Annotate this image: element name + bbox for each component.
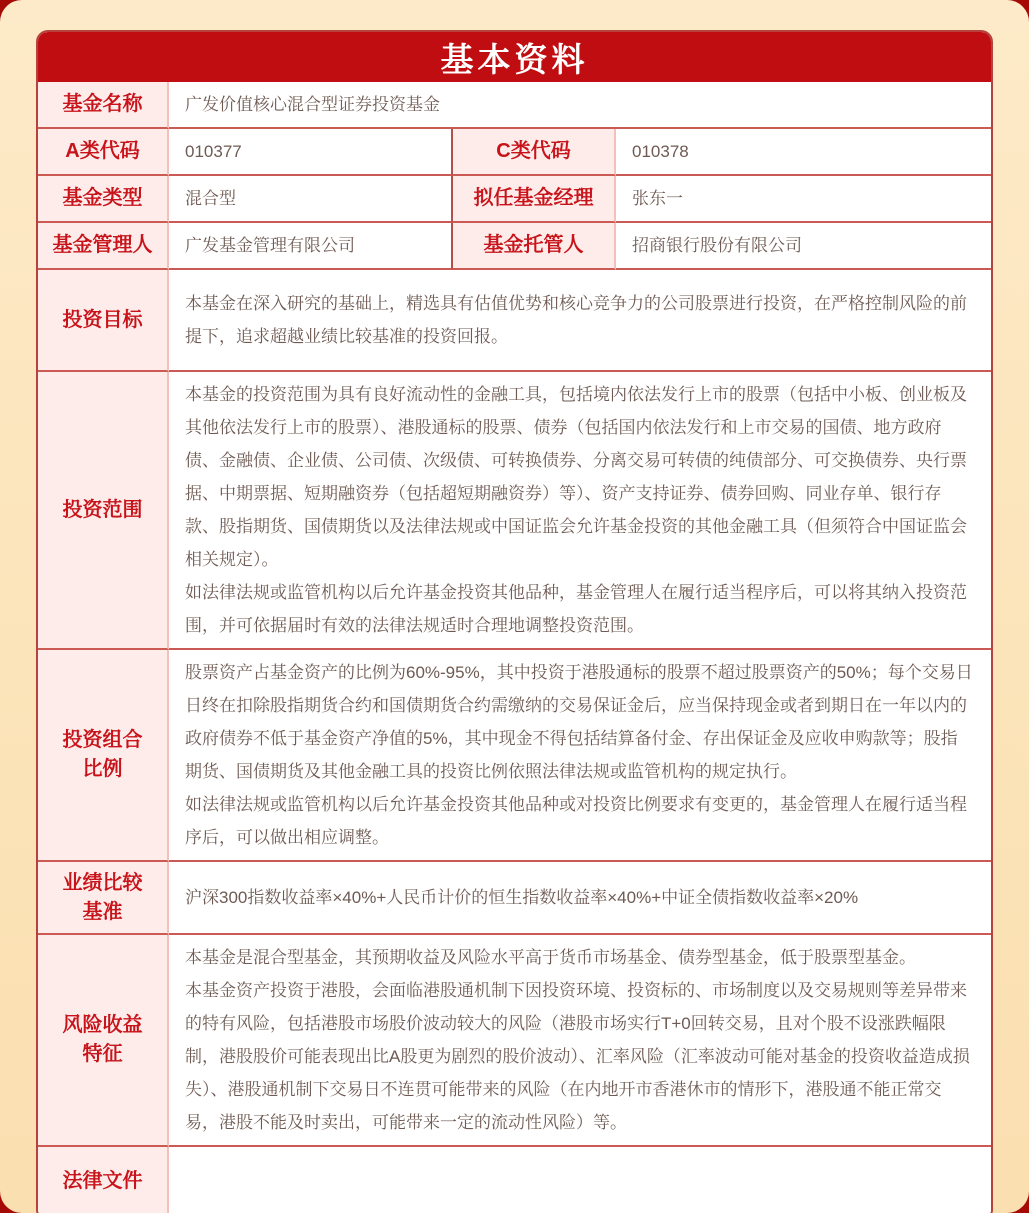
fund-type-label: 基金类型 (38, 176, 169, 223)
investment-objective-label: 投资目标 (38, 270, 169, 372)
fund-custodian-value: 招商银行股份有限公司 (616, 223, 991, 270)
table-row-company-custodian: 基金管理人 广发基金管理有限公司 基金托管人 招商银行股份有限公司 (38, 223, 991, 270)
benchmark-label: 业绩比较 基准 (38, 862, 169, 935)
fund-type-value: 混合型 (169, 176, 453, 223)
table-row-investment-objective: 投资目标 本基金在深入研究的基础上，精选具有估值优势和核心竞争力的公司股票进行投… (38, 270, 991, 372)
class-c-code-value: 010378 (616, 129, 991, 176)
table-row-investment-scope: 投资范围 本基金的投资范围为具有良好流动性的金融工具，包括境内依法发行上市的股票… (38, 372, 991, 650)
fund-info-card: 基本资料 基金名称 广发价值核心混合型证券投资基金 A类代码 010377 C类… (36, 30, 993, 1213)
portfolio-ratio-label: 投资组合 比例 (38, 650, 169, 862)
proposed-manager-value: 张东一 (616, 176, 991, 223)
risk-return-value: 本基金是混合型基金，其预期收益及风险水平高于货币市场基金、债券型基金，低于股票型… (169, 935, 991, 1147)
fund-name-label: 基金名称 (38, 82, 169, 129)
class-c-code-label: C类代码 (453, 129, 616, 176)
investment-objective-value: 本基金在深入研究的基础上，精选具有估值优势和核心竞争力的公司股票进行投资，在严格… (169, 270, 991, 372)
investment-scope-label: 投资范围 (38, 372, 169, 650)
portfolio-ratio-value: 股票资产占基金资产的比例为60%-95%，其中投资于港股通标的股票不超过股票资产… (169, 650, 991, 862)
table-row-fund-name: 基金名称 广发价值核心混合型证券投资基金 (38, 82, 991, 129)
investment-scope-value: 本基金的投资范围为具有良好流动性的金融工具，包括境内依法发行上市的股票（包括中小… (169, 372, 991, 650)
fund-name-value: 广发价值核心混合型证券投资基金 (169, 82, 991, 129)
card-title: 基本资料 (38, 32, 991, 82)
legal-documents-label: 法律文件 (38, 1147, 169, 1213)
table-row-portfolio-ratio: 投资组合 比例 股票资产占基金资产的比例为60%-95%，其中投资于港股通标的股… (38, 650, 991, 862)
legal-documents-value (169, 1147, 991, 1213)
fund-manager-company-value: 广发基金管理有限公司 (169, 223, 453, 270)
table-row-codes: A类代码 010377 C类代码 010378 (38, 129, 991, 176)
table-row-risk-return: 风险收益 特征 本基金是混合型基金，其预期收益及风险水平高于货币市场基金、债券型… (38, 935, 991, 1147)
fund-custodian-label: 基金托管人 (453, 223, 616, 270)
table-row-legal-documents: 法律文件 (38, 1147, 991, 1213)
risk-return-label: 风险收益 特征 (38, 935, 169, 1147)
class-a-code-label: A类代码 (38, 129, 169, 176)
fund-info-table: 基金名称 广发价值核心混合型证券投资基金 A类代码 010377 C类代码 01… (38, 82, 991, 1213)
proposed-manager-label: 拟任基金经理 (453, 176, 616, 223)
fund-manager-company-label: 基金管理人 (38, 223, 169, 270)
benchmark-value: 沪深300指数收益率×40%+人民币计价的恒生指数收益率×40%+中证全债指数收… (169, 862, 991, 935)
table-row-benchmark: 业绩比较 基准 沪深300指数收益率×40%+人民币计价的恒生指数收益率×40%… (38, 862, 991, 935)
table-row-type-manager: 基金类型 混合型 拟任基金经理 张东一 (38, 176, 991, 223)
class-a-code-value: 010377 (169, 129, 453, 176)
